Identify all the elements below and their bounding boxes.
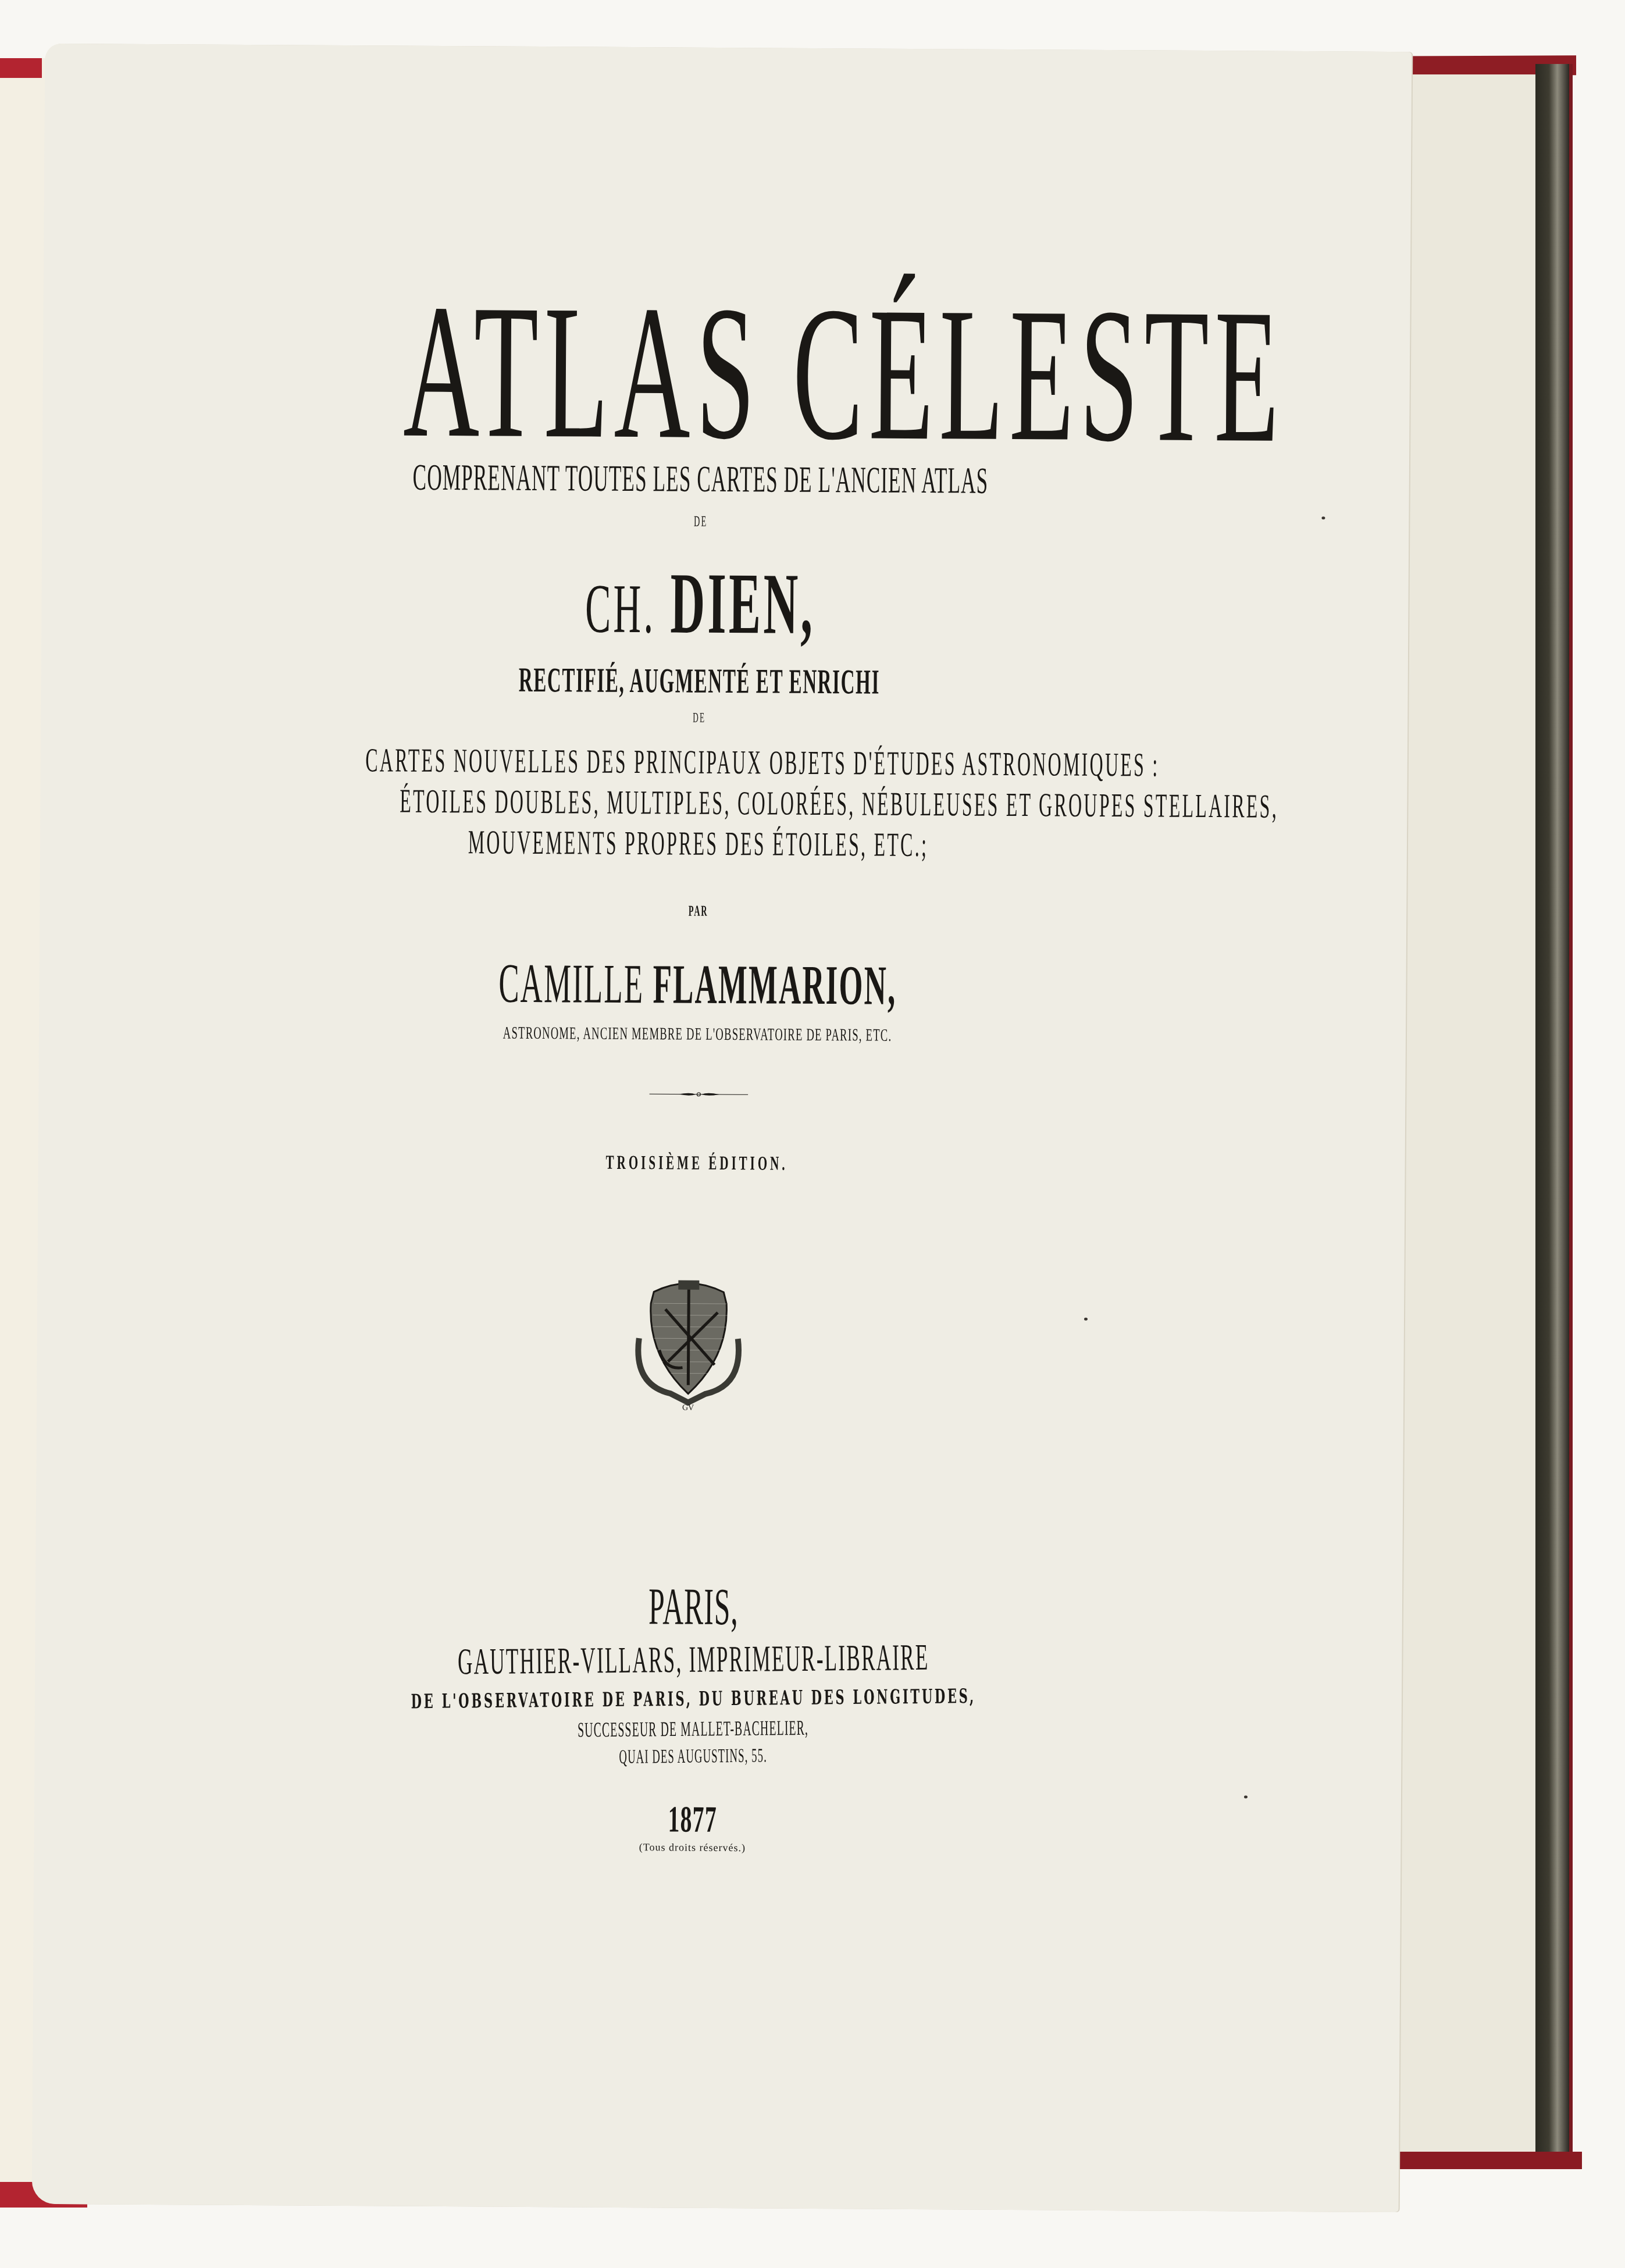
book-title: ATLAS CÉLESTE <box>42 273 1360 473</box>
title-page: ATLAS CÉLESTE COMPRENANT TOUTES LES CART… <box>32 44 1412 2212</box>
revision-statement: RECTIFIÉ, AUGMENTÉ ET ENRICHI <box>41 657 1358 705</box>
publication-year: 1877 <box>34 1794 1351 1845</box>
original-author-name: DIEN, <box>670 555 815 652</box>
description-line-3: MOUVEMENTS PROPRES DES ÉTOILES, ETC.; <box>40 820 1357 867</box>
underlying-page-edge <box>1396 74 1540 2162</box>
author-first-name: CAMILLE <box>498 952 644 1015</box>
subtitle: COMPRENANT TOUTES LES CARTES DE L'ANCIEN… <box>42 454 1359 505</box>
connector-de-2: DE <box>41 707 1357 730</box>
paper-speck <box>1084 1318 1088 1321</box>
svg-text:GV: GV <box>682 1404 694 1413</box>
connector-de-1: DE <box>42 509 1359 534</box>
original-author: CH. DIEN, <box>41 550 1359 658</box>
book-spine-edge <box>1535 64 1573 2158</box>
author-last-name: FLAMMARION, <box>653 953 897 1017</box>
cover-edge-top-left <box>0 58 42 78</box>
publisher-crest-icon: GV <box>624 1268 753 1414</box>
ornamental-rule-icon <box>649 1091 748 1097</box>
description-line-1: CARTES NOUVELLES DES PRINCIPAUX OBJETS D… <box>41 739 1357 786</box>
imprint-publisher: GAUTHIER-VILLARS, IMPRIMEUR-LIBRAIRE <box>35 1632 1352 1688</box>
imprint-city: PARIS, <box>35 1573 1353 1641</box>
connector-par: PAR <box>40 898 1356 924</box>
author-affiliation: ASTRONOME, ANCIEN MEMBRE DE L'OBSERVATOI… <box>39 1021 1356 1049</box>
edition: TROISIÈME ÉDITION. <box>38 1149 1355 1179</box>
original-author-prefix: CH. <box>585 570 655 648</box>
paper-speck <box>1244 1796 1248 1799</box>
paper-speck <box>1321 516 1325 519</box>
description-line-2: ÉTOILES DOUBLES, MULTIPLES, COLORÉES, NÉ… <box>40 779 1357 826</box>
author-name: CAMILLE FLAMMARION, <box>39 948 1356 1021</box>
